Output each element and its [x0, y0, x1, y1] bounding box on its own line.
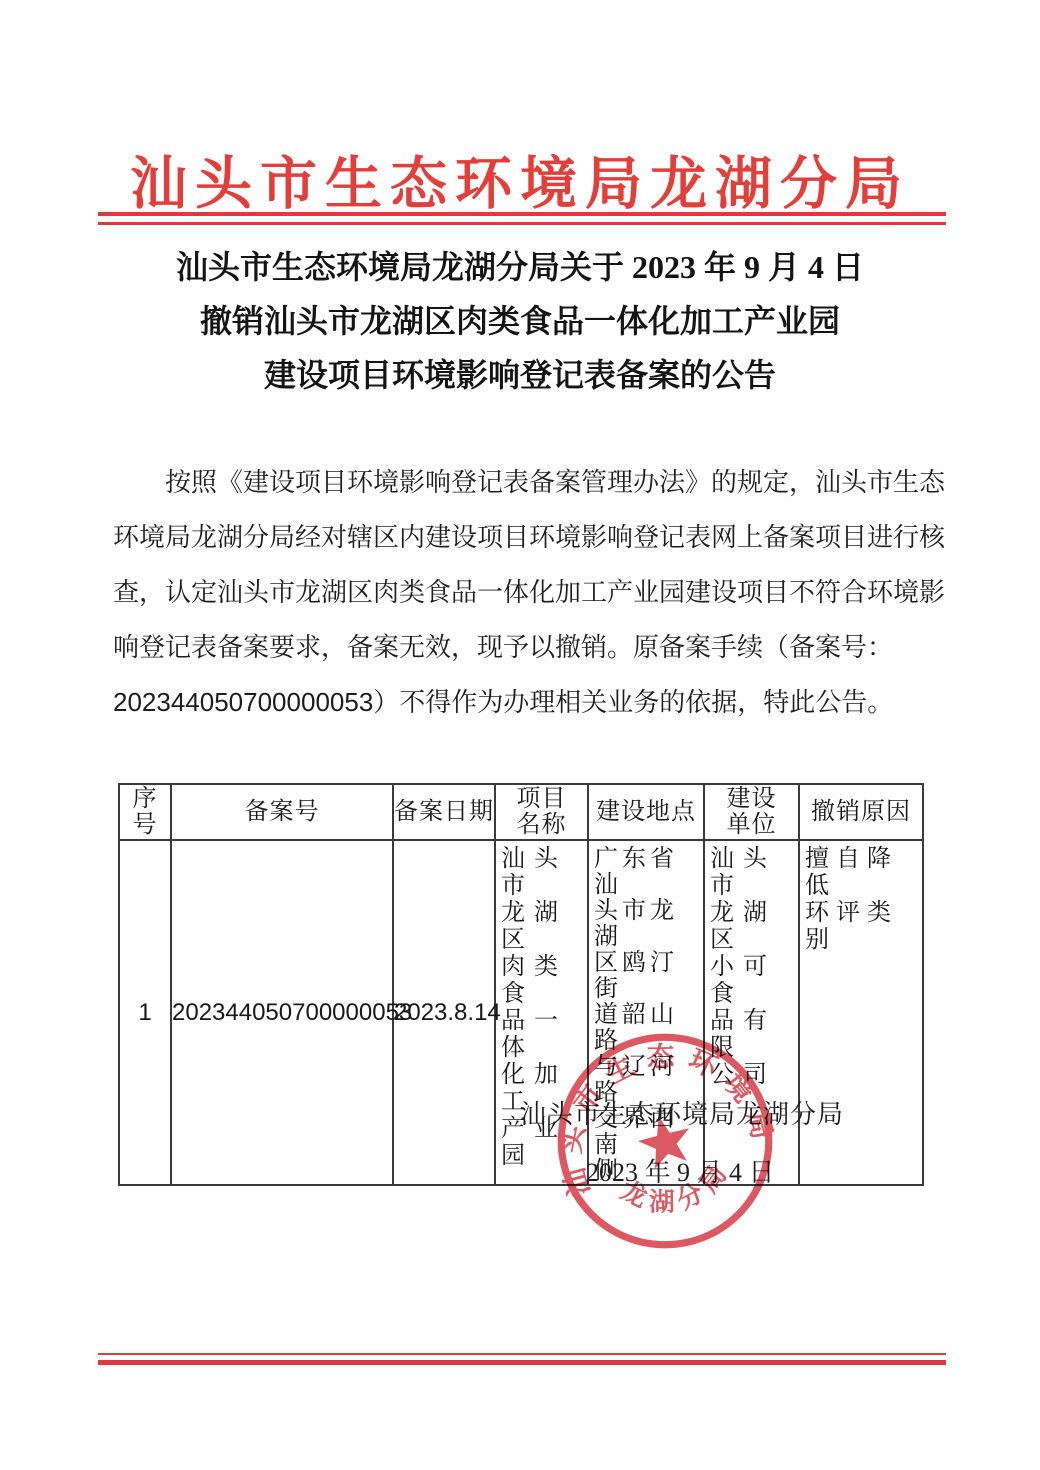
- footer-rule-upper: [98, 1353, 946, 1355]
- col-header-record-no: 备案号: [171, 784, 393, 840]
- signature-org: 汕头市生态环境局龙湖分局: [520, 1094, 844, 1131]
- body-line: 响登记表备案要求，备案无效，现予以撤销。原备案手续（备案号：: [113, 620, 931, 675]
- col-header-reason: 撤销原因: [799, 784, 923, 840]
- cell-seq: 1: [119, 840, 171, 1185]
- letterhead-rule-lower: [98, 222, 946, 225]
- document-title: 汕头市生态环境局龙湖分局关于 2023 年 9 月 4 日 撤销汕头市龙湖区肉类…: [70, 240, 970, 402]
- cell-record-date: 2023.8.14: [393, 840, 495, 1185]
- table-row: 1 202344050700000053 2023.8.14 汕头市 龙湖区 肉…: [119, 840, 923, 1185]
- col-header-company: 建设 单位: [704, 784, 799, 840]
- table-header-row: 序 号 备案号 备案日期 项目 名称 建设地点 建设 单位 撤销原因: [119, 784, 923, 840]
- col-header-project: 项目 名称: [495, 784, 588, 840]
- document-page: 汕头市生态环境局龙湖分局 汕头市生态环境局龙湖分局关于 2023 年 9 月 4…: [0, 0, 1040, 1470]
- cell-company: 汕头市 龙湖区 小可食 品有限 公司: [704, 840, 799, 1185]
- cell-project: 汕头市 龙湖区 肉类食 品一体 化加工 产业园: [495, 840, 588, 1185]
- letterhead-agency-title: 汕头市生态环境局龙湖分局: [0, 138, 1040, 220]
- notice-body: 按照《建设项目环境影响登记表备案管理办法》的规定，汕头市生态 环境局龙湖分局经对…: [113, 455, 931, 730]
- document-title-line-3: 建设项目环境影响登记表备案的公告: [70, 348, 970, 402]
- col-header-record-date: 备案日期: [393, 784, 495, 840]
- col-header-seq: 序 号: [119, 784, 171, 840]
- cell-record-no: 202344050700000053: [171, 840, 393, 1185]
- body-line: 202344050700000053）不得作为办理相关业务的依据，特此公告。: [113, 675, 931, 730]
- body-line: 环境局龙湖分局经对辖区内建设项目环境影响登记表网上备案项目进行核: [113, 510, 931, 565]
- body-line: 查，认定汕头市龙湖区肉类食品一体化加工产业园建设项目不符合环境影: [113, 565, 931, 620]
- cell-reason: 擅自降低 环评类别: [799, 840, 923, 1185]
- letterhead-rule-upper: [98, 212, 946, 216]
- cell-location: 广东省汕 头市龙湖 区鸥汀街 道韶山路 与辽河路 交界西南 侧: [588, 840, 704, 1185]
- document-title-line-1: 汕头市生态环境局龙湖分局关于 2023 年 9 月 4 日: [70, 240, 970, 294]
- signature-date: 2023 年 9 月 4 日: [586, 1152, 775, 1189]
- document-title-line-2: 撤销汕头市龙湖区肉类食品一体化加工产业园: [70, 294, 970, 348]
- col-header-location: 建设地点: [588, 784, 704, 840]
- body-line: 按照《建设项目环境影响登记表备案管理办法》的规定，汕头市生态: [113, 455, 931, 510]
- footer-rule-lower: [98, 1360, 946, 1365]
